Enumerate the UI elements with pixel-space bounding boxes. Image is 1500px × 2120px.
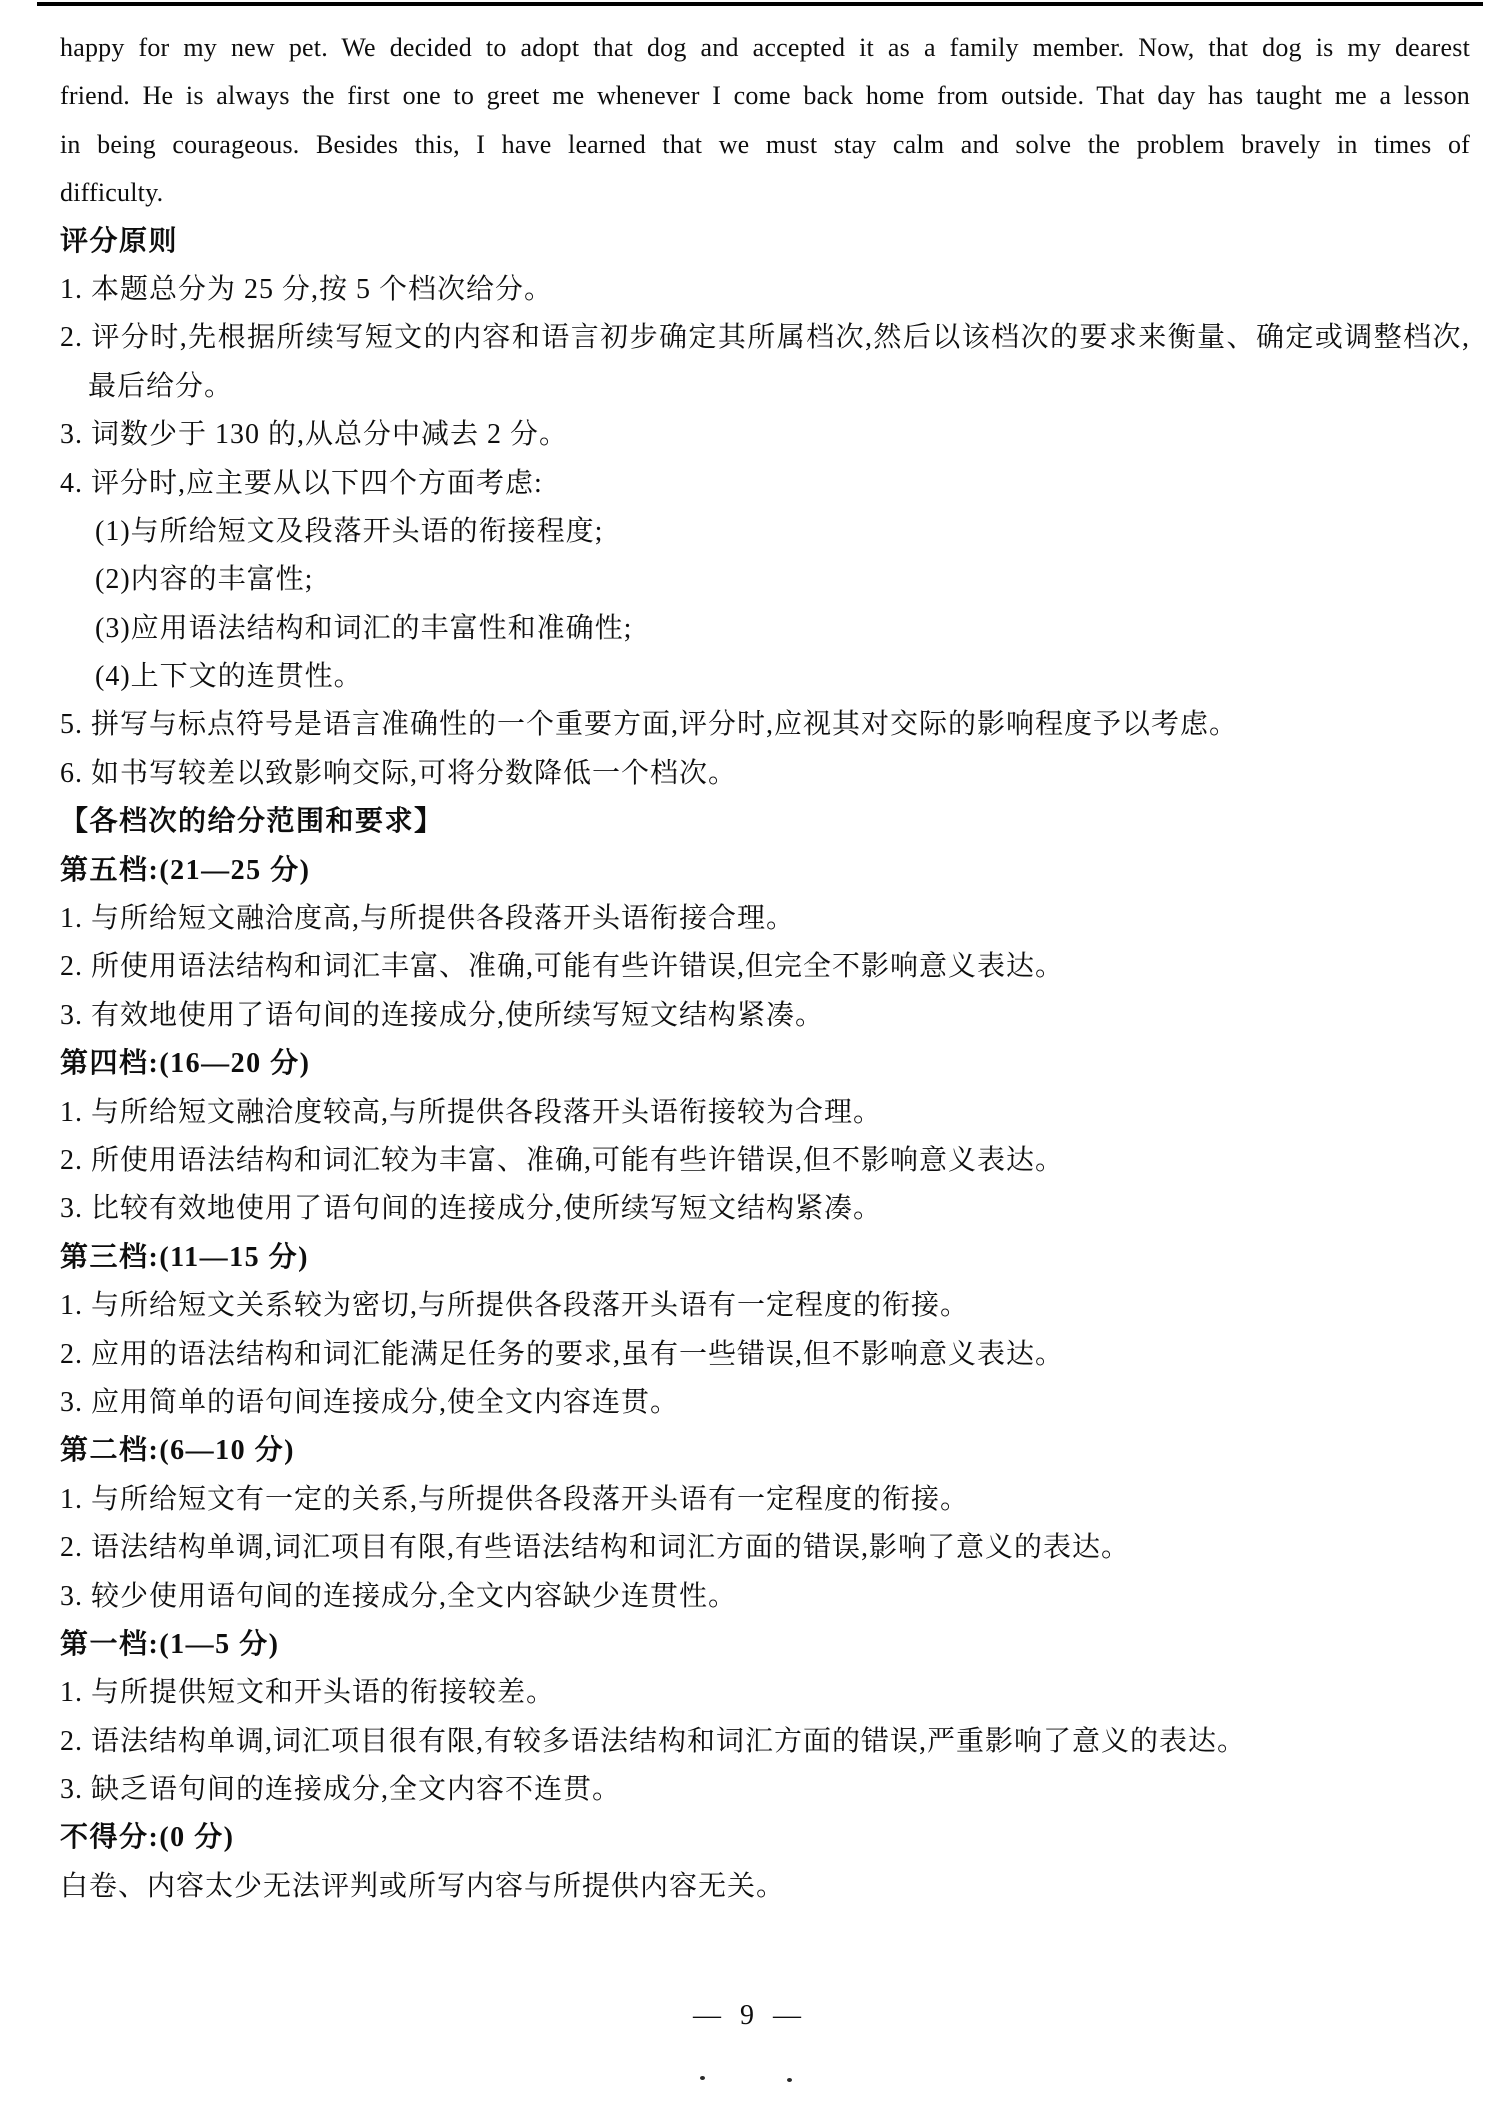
principles-item-4-sub-3: (3)应用语法结构和词汇的丰富性和准确性; — [60, 605, 1470, 653]
principles-heading: 评分原则 — [60, 218, 1470, 266]
principles-item-4-sub-1: (1)与所给短文及段落开头语的衔接程度; — [60, 508, 1470, 556]
scan-speck-left — [700, 2076, 705, 2080]
english-paragraph-line-4: difficulty. — [60, 169, 1470, 217]
band-1-item-1: 1. 与所提供短文和开头语的衔接较差。 — [60, 1669, 1470, 1717]
bands-heading: 【各档次的给分范围和要求】 — [60, 798, 1470, 846]
band-1-item-2: 2. 语法结构单调,词汇项目很有限,有较多语法结构和词汇方面的错误,严重影响了意… — [60, 1718, 1470, 1766]
band-0-item-1: 白卷、内容太少无法评判或所写内容与所提供内容无关。 — [60, 1863, 1470, 1911]
band-3-item-3: 3. 应用简单的语句间连接成分,使全文内容连贯。 — [60, 1379, 1470, 1427]
band-5-title: 第五档:(21—25 分) — [60, 847, 1470, 895]
principles-item-5: 5. 拼写与标点符号是语言准确性的一个重要方面,评分时,应视其对交际的影响程度予… — [60, 701, 1470, 749]
principles-item-1: 1. 本题总分为 25 分,按 5 个档次给分。 — [60, 266, 1470, 314]
band-5-item-1: 1. 与所给短文融洽度高,与所提供各段落开头语衔接合理。 — [60, 895, 1470, 943]
band-5-item-3: 3. 有效地使用了语句间的连接成分,使所续写短文结构紧凑。 — [60, 992, 1470, 1040]
band-4-item-2: 2. 所使用语法结构和词汇较为丰富、准确,可能有些许错误,但不影响意义表达。 — [60, 1137, 1470, 1185]
band-4-title: 第四档:(16—20 分) — [60, 1040, 1470, 1088]
english-paragraph-line-3: in being courageous. Besides this, I hav… — [60, 121, 1470, 169]
principles-item-3: 3. 词数少于 130 的,从总分中减去 2 分。 — [60, 411, 1470, 459]
english-paragraph-line-2: friend. He is always the first one to gr… — [60, 72, 1470, 120]
english-paragraph-line-1: happy for my new pet. We decided to adop… — [60, 24, 1470, 72]
page-number: — 9 — — [0, 2000, 1500, 2032]
document-page: happy for my new pet. We decided to adop… — [0, 0, 1500, 2120]
band-2-title: 第二档:(6—10 分) — [60, 1427, 1470, 1475]
band-1-item-3: 3. 缺乏语句间的连接成分,全文内容不连贯。 — [60, 1766, 1470, 1814]
band-3-item-2: 2. 应用的语法结构和词汇能满足任务的要求,虽有一些错误,但不影响意义表达。 — [60, 1331, 1470, 1379]
scan-speck-right — [787, 2078, 792, 2082]
principles-item-2-line-1: 2. 评分时,先根据所续写短文的内容和语言初步确定其所属档次,然后以该档次的要求… — [60, 314, 1470, 362]
band-4-item-3: 3. 比较有效地使用了语句间的连接成分,使所续写短文结构紧凑。 — [60, 1185, 1470, 1233]
band-4-item-1: 1. 与所给短文融洽度较高,与所提供各段落开头语衔接较为合理。 — [60, 1089, 1470, 1137]
principles-item-4-sub-4: (4)上下文的连贯性。 — [60, 653, 1470, 701]
principles-item-4: 4. 评分时,应主要从以下四个方面考虑: — [60, 460, 1470, 508]
band-3-item-1: 1. 与所给短文关系较为密切,与所提供各段落开头语有一定程度的衔接。 — [60, 1282, 1470, 1330]
band-2-item-2: 2. 语法结构单调,词汇项目有限,有些语法结构和词汇方面的错误,影响了意义的表达… — [60, 1524, 1470, 1572]
band-3-title: 第三档:(11—15 分) — [60, 1234, 1470, 1282]
document-body: happy for my new pet. We decided to adop… — [60, 24, 1470, 1911]
principles-item-6: 6. 如书写较差以致影响交际,可将分数降低一个档次。 — [60, 750, 1470, 798]
page-top-rule — [37, 2, 1483, 6]
band-0-title: 不得分:(0 分) — [60, 1814, 1470, 1862]
band-2-item-3: 3. 较少使用语句间的连接成分,全文内容缺少连贯性。 — [60, 1573, 1470, 1621]
band-5-item-2: 2. 所使用语法结构和词汇丰富、准确,可能有些许错误,但完全不影响意义表达。 — [60, 943, 1470, 991]
principles-item-4-sub-2: (2)内容的丰富性; — [60, 556, 1470, 604]
band-2-item-1: 1. 与所给短文有一定的关系,与所提供各段落开头语有一定程度的衔接。 — [60, 1476, 1470, 1524]
principles-item-2-line-2: 最后给分。 — [60, 363, 1470, 411]
band-1-title: 第一档:(1—5 分) — [60, 1621, 1470, 1669]
